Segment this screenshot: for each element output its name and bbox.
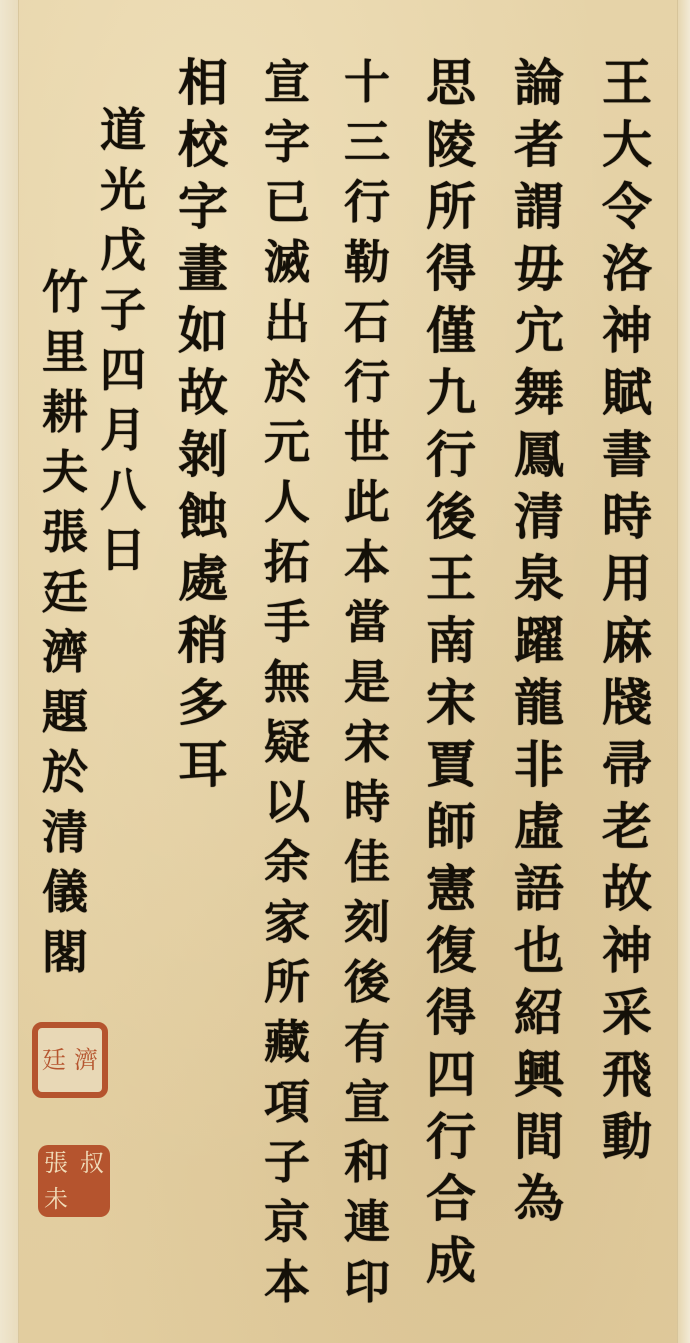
character: 故 xyxy=(172,362,234,424)
text-column-4: 十三行勒石行世此本當是宋時佳刻後有宣和連印 xyxy=(336,52,398,1312)
character: 於 xyxy=(256,352,318,412)
mount-edge-left xyxy=(0,0,19,1343)
seal-char: 叔 xyxy=(80,1150,104,1176)
text-column-6: 相校字畫如故剝蝕處稍多耳 xyxy=(172,52,234,796)
character: 戊 xyxy=(92,220,154,280)
character: 余 xyxy=(256,832,318,892)
character: 興 xyxy=(508,1044,570,1106)
character: 家 xyxy=(256,892,318,952)
character: 蝕 xyxy=(172,486,234,548)
character: 里 xyxy=(34,322,96,382)
character: 毋 xyxy=(508,238,570,300)
character: 有 xyxy=(336,1012,398,1072)
mount-edge-right xyxy=(677,0,690,1343)
character: 月 xyxy=(92,400,154,460)
character: 十 xyxy=(336,52,398,112)
character: 字 xyxy=(256,112,318,172)
character: 子 xyxy=(256,1132,318,1192)
seal-char: 廷 xyxy=(42,1047,66,1073)
character: 字 xyxy=(172,176,234,238)
character: 宣 xyxy=(336,1072,398,1132)
character: 四 xyxy=(92,340,154,400)
character: 竹 xyxy=(34,262,96,322)
character: 子 xyxy=(92,280,154,340)
character: 帚 xyxy=(596,734,658,796)
character: 八 xyxy=(92,460,154,520)
character: 耕 xyxy=(34,382,96,442)
character: 得 xyxy=(420,982,482,1044)
character: 後 xyxy=(420,486,482,548)
character: 相 xyxy=(172,52,234,114)
character: 行 xyxy=(336,172,398,232)
character: 剝 xyxy=(172,424,234,486)
character: 此 xyxy=(336,472,398,532)
character: 後 xyxy=(336,952,398,1012)
character: 王 xyxy=(596,52,658,114)
character: 閣 xyxy=(34,922,96,982)
character: 牋 xyxy=(596,672,658,734)
seal-char: 濟 xyxy=(74,1047,98,1073)
character: 所 xyxy=(256,952,318,1012)
date-column: 道光戊子四月八日 xyxy=(92,100,154,580)
character: 舞 xyxy=(508,362,570,424)
character: 成 xyxy=(420,1230,482,1292)
character: 元 xyxy=(256,412,318,472)
character: 非 xyxy=(508,734,570,796)
character: 滅 xyxy=(256,232,318,292)
character: 躍 xyxy=(508,610,570,672)
character: 虛 xyxy=(508,796,570,858)
character: 如 xyxy=(172,300,234,362)
calligraphy-scroll: 王大令洛神賦書時用麻牋帚老故神采飛動 論者謂毋宂舞鳳清泉躍龍非虛語也紹興間為 思… xyxy=(0,0,690,1343)
character: 人 xyxy=(256,472,318,532)
character: 佳 xyxy=(336,832,398,892)
character: 四 xyxy=(420,1044,482,1106)
character: 紹 xyxy=(508,982,570,1044)
character: 謂 xyxy=(508,176,570,238)
seal-char: 未 xyxy=(44,1186,68,1212)
character: 校 xyxy=(172,114,234,176)
character: 耳 xyxy=(172,734,234,796)
character: 行 xyxy=(336,352,398,412)
character: 者 xyxy=(508,114,570,176)
character: 稍 xyxy=(172,610,234,672)
character: 南 xyxy=(420,610,482,672)
character: 麻 xyxy=(596,610,658,672)
character: 賦 xyxy=(596,362,658,424)
character: 泉 xyxy=(508,548,570,610)
character: 令 xyxy=(596,176,658,238)
character: 宋 xyxy=(420,672,482,734)
character: 神 xyxy=(596,300,658,362)
character: 京 xyxy=(256,1192,318,1252)
character: 勒 xyxy=(336,232,398,292)
character: 石 xyxy=(336,292,398,352)
character: 手 xyxy=(256,592,318,652)
character: 多 xyxy=(172,672,234,734)
character: 時 xyxy=(336,772,398,832)
character: 僅 xyxy=(420,300,482,362)
upper-seal: 廷 濟 xyxy=(32,1022,108,1098)
character: 三 xyxy=(336,112,398,172)
character: 動 xyxy=(596,1106,658,1168)
character: 出 xyxy=(256,292,318,352)
character: 連 xyxy=(336,1192,398,1252)
character: 飛 xyxy=(596,1044,658,1106)
character: 畫 xyxy=(172,238,234,300)
character: 宂 xyxy=(508,300,570,362)
character: 憲 xyxy=(420,858,482,920)
character: 刻 xyxy=(336,892,398,952)
text-column-5: 宣字已滅出於元人拓手無疑以余家所藏項子京本 xyxy=(256,52,318,1312)
character: 當 xyxy=(336,592,398,652)
character: 本 xyxy=(256,1252,318,1312)
character: 九 xyxy=(420,362,482,424)
character: 廷 xyxy=(34,562,96,622)
character: 王 xyxy=(420,548,482,610)
character: 已 xyxy=(256,172,318,232)
character: 行 xyxy=(420,424,482,486)
character: 項 xyxy=(256,1072,318,1132)
lower-seal: 張 叔 未 xyxy=(38,1145,110,1217)
character: 藏 xyxy=(256,1012,318,1072)
character: 思 xyxy=(420,52,482,114)
text-column-2: 論者謂毋宂舞鳳清泉躍龍非虛語也紹興間為 xyxy=(508,52,570,1230)
character: 濟 xyxy=(34,622,96,682)
character: 故 xyxy=(596,858,658,920)
text-column-1: 王大令洛神賦書時用麻牋帚老故神采飛動 xyxy=(596,52,658,1168)
character: 世 xyxy=(336,412,398,472)
character: 洛 xyxy=(596,238,658,300)
character: 時 xyxy=(596,486,658,548)
character: 賈 xyxy=(420,734,482,796)
character: 張 xyxy=(34,502,96,562)
character: 拓 xyxy=(256,532,318,592)
character: 是 xyxy=(336,652,398,712)
character: 本 xyxy=(336,532,398,592)
character: 以 xyxy=(256,772,318,832)
character: 大 xyxy=(596,114,658,176)
character: 為 xyxy=(508,1168,570,1230)
character: 龍 xyxy=(508,672,570,734)
character: 語 xyxy=(508,858,570,920)
character: 書 xyxy=(596,424,658,486)
character: 無 xyxy=(256,652,318,712)
character: 光 xyxy=(92,160,154,220)
signature-column: 竹里耕夫張廷濟題於清儀閣 xyxy=(34,262,96,982)
character: 間 xyxy=(508,1106,570,1168)
character: 儀 xyxy=(34,862,96,922)
character: 於 xyxy=(34,742,96,802)
character: 合 xyxy=(420,1168,482,1230)
character: 論 xyxy=(508,52,570,114)
text-column-3: 思陵所得僅九行後王南宋賈師憲復得四行合成 xyxy=(420,52,482,1292)
character: 和 xyxy=(336,1132,398,1192)
character: 題 xyxy=(34,682,96,742)
character: 行 xyxy=(420,1106,482,1168)
character: 也 xyxy=(508,920,570,982)
character: 清 xyxy=(508,486,570,548)
character: 宣 xyxy=(256,52,318,112)
character: 道 xyxy=(92,100,154,160)
character: 得 xyxy=(420,238,482,300)
seal-char: 張 xyxy=(44,1150,68,1176)
character: 日 xyxy=(92,520,154,580)
character: 神 xyxy=(596,920,658,982)
character: 宋 xyxy=(336,712,398,772)
character: 陵 xyxy=(420,114,482,176)
character: 夫 xyxy=(34,442,96,502)
character: 所 xyxy=(420,176,482,238)
character: 印 xyxy=(336,1252,398,1312)
character: 鳳 xyxy=(508,424,570,486)
character: 用 xyxy=(596,548,658,610)
character: 復 xyxy=(420,920,482,982)
character: 老 xyxy=(596,796,658,858)
character: 采 xyxy=(596,982,658,1044)
character: 處 xyxy=(172,548,234,610)
character: 師 xyxy=(420,796,482,858)
character: 疑 xyxy=(256,712,318,772)
character: 清 xyxy=(34,802,96,862)
